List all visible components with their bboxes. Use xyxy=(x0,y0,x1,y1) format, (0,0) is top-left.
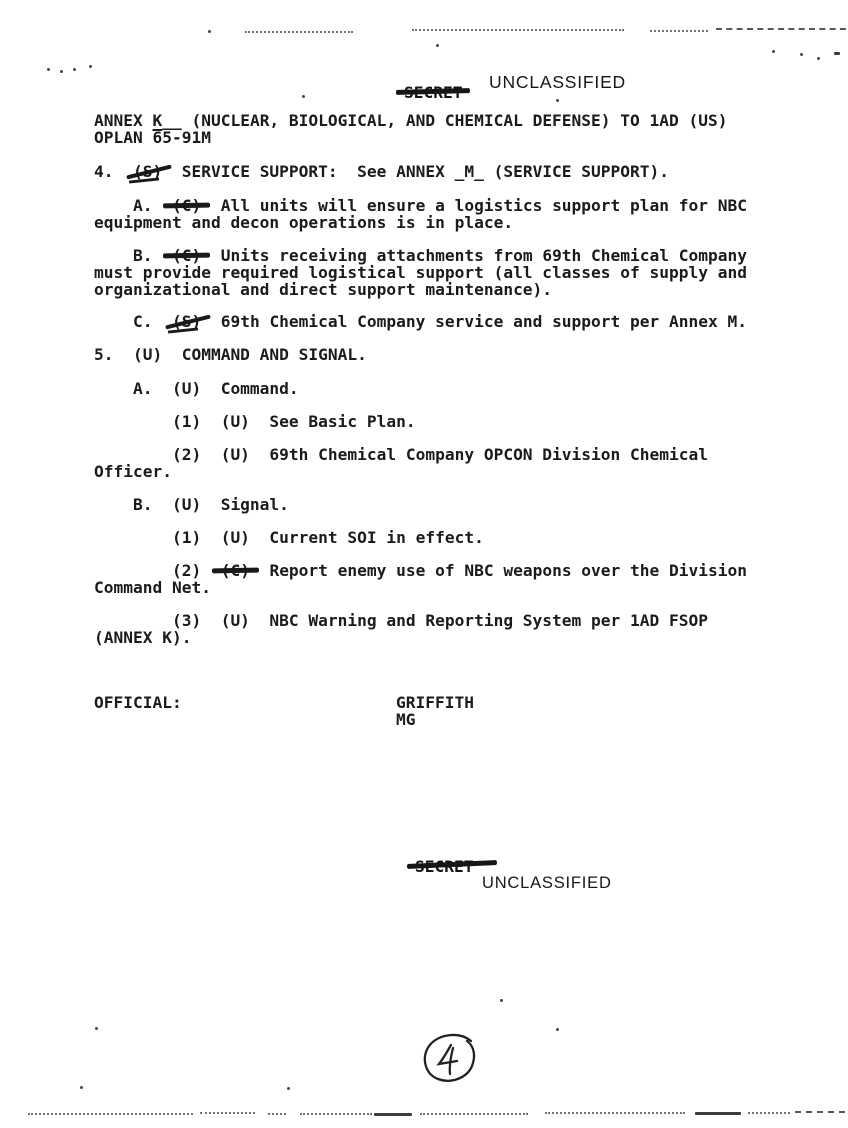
scan-artifact xyxy=(208,30,211,33)
paragraph-5b2: (2) (C) Report enemy use of NBC weapons … xyxy=(94,562,747,596)
scan-artifact xyxy=(545,1112,685,1114)
scan-artifact xyxy=(89,65,92,68)
scan-artifact xyxy=(716,28,846,30)
scan-artifact xyxy=(436,44,439,47)
paragraph-4a: A. (C) All units will ensure a logistics… xyxy=(94,197,747,231)
scan-artifact xyxy=(80,1086,83,1089)
scan-artifact xyxy=(73,68,76,71)
secret-stamp-top: SECRET xyxy=(404,84,462,101)
scan-artifact xyxy=(374,1113,412,1116)
unclassified-stamp-bottom: UNCLASSIFIED xyxy=(482,875,612,892)
scan-artifact xyxy=(817,57,820,60)
paragraph-5b3: (3) (U) NBC Warning and Reporting System… xyxy=(94,612,708,646)
scan-artifact xyxy=(60,70,63,73)
scan-artifact xyxy=(28,1113,193,1115)
unclassified-stamp-top: UNCLASSIFIED xyxy=(489,74,626,91)
scan-artifact xyxy=(268,1113,286,1115)
classification-token-redacted: (C) xyxy=(172,197,201,214)
scan-artifact xyxy=(800,53,803,56)
scan-artifact xyxy=(795,1111,845,1113)
paragraph-4b: B. (C) Units receiving attachments from … xyxy=(94,247,747,298)
scan-artifact xyxy=(420,1113,528,1115)
scan-artifact xyxy=(772,50,775,53)
classification-token-redacted: (C) xyxy=(172,247,201,264)
annex-title: ANNEX K__ (NUCLEAR, BIOLOGICAL, AND CHEM… xyxy=(94,112,728,146)
paragraph-text: SERVICE SUPPORT: See ANNEX _M_ (SERVICE … xyxy=(162,162,669,181)
paragraph-5a1: (1) (U) See Basic Plan. xyxy=(94,413,416,430)
scan-artifact xyxy=(245,31,353,33)
scan-artifact xyxy=(412,29,624,31)
scan-artifact xyxy=(556,1028,559,1031)
paragraph-5-command-and-signal: 5. (U) COMMAND AND SIGNAL. xyxy=(94,346,367,363)
classification-token-redacted: (C) xyxy=(221,562,250,579)
page-number-circle: 4 xyxy=(421,1032,481,1086)
signature-block: GRIFFITHMG xyxy=(396,694,474,728)
classification-token-redacted: (S) xyxy=(133,163,162,180)
paragraph-4-service-support: 4. (S) SERVICE SUPPORT: See ANNEX _M_ (S… xyxy=(94,163,669,180)
secret-stamp-bottom: SECRET xyxy=(415,858,473,875)
annex-title-line2: OPLAN 65-91M xyxy=(94,129,728,146)
scan-artifact xyxy=(650,30,708,32)
document-page: SECRET UNCLASSIFIED ANNEX K__ (NUCLEAR, … xyxy=(0,0,848,1128)
scan-artifact xyxy=(287,1087,290,1090)
annex-title-post: __ (NUCLEAR, BIOLOGICAL, AND CHEMICAL DE… xyxy=(162,111,727,130)
paragraph-5a2: (2) (U) 69th Chemical Company OPCON Divi… xyxy=(94,446,708,480)
scan-artifact xyxy=(500,999,503,1002)
paragraph-text: 69th Chemical Company service and suppor… xyxy=(201,312,747,331)
signer-rank: MG xyxy=(396,711,474,728)
scan-artifact xyxy=(300,1113,372,1115)
paragraph-label: C. xyxy=(94,312,172,331)
paragraph-5b-signal: B. (U) Signal. xyxy=(94,496,289,513)
official-label: OFFICIAL: xyxy=(94,694,182,711)
paragraph-5a-command: A. (U) Command. xyxy=(94,380,299,397)
scan-artifact xyxy=(95,1027,98,1030)
scan-artifact xyxy=(302,95,305,98)
scan-artifact xyxy=(47,68,50,71)
scan-artifact xyxy=(748,1112,790,1114)
scan-artifact xyxy=(834,52,840,55)
scan-artifact xyxy=(695,1112,741,1115)
paragraph-5b1: (1) (U) Current SOI in effect. xyxy=(94,529,484,546)
scan-artifact xyxy=(200,1112,255,1114)
classification-token-redacted: (S) xyxy=(172,313,201,330)
scan-artifact xyxy=(556,99,559,102)
paragraph-4c: C. (S) 69th Chemical Company service and… xyxy=(94,313,747,330)
